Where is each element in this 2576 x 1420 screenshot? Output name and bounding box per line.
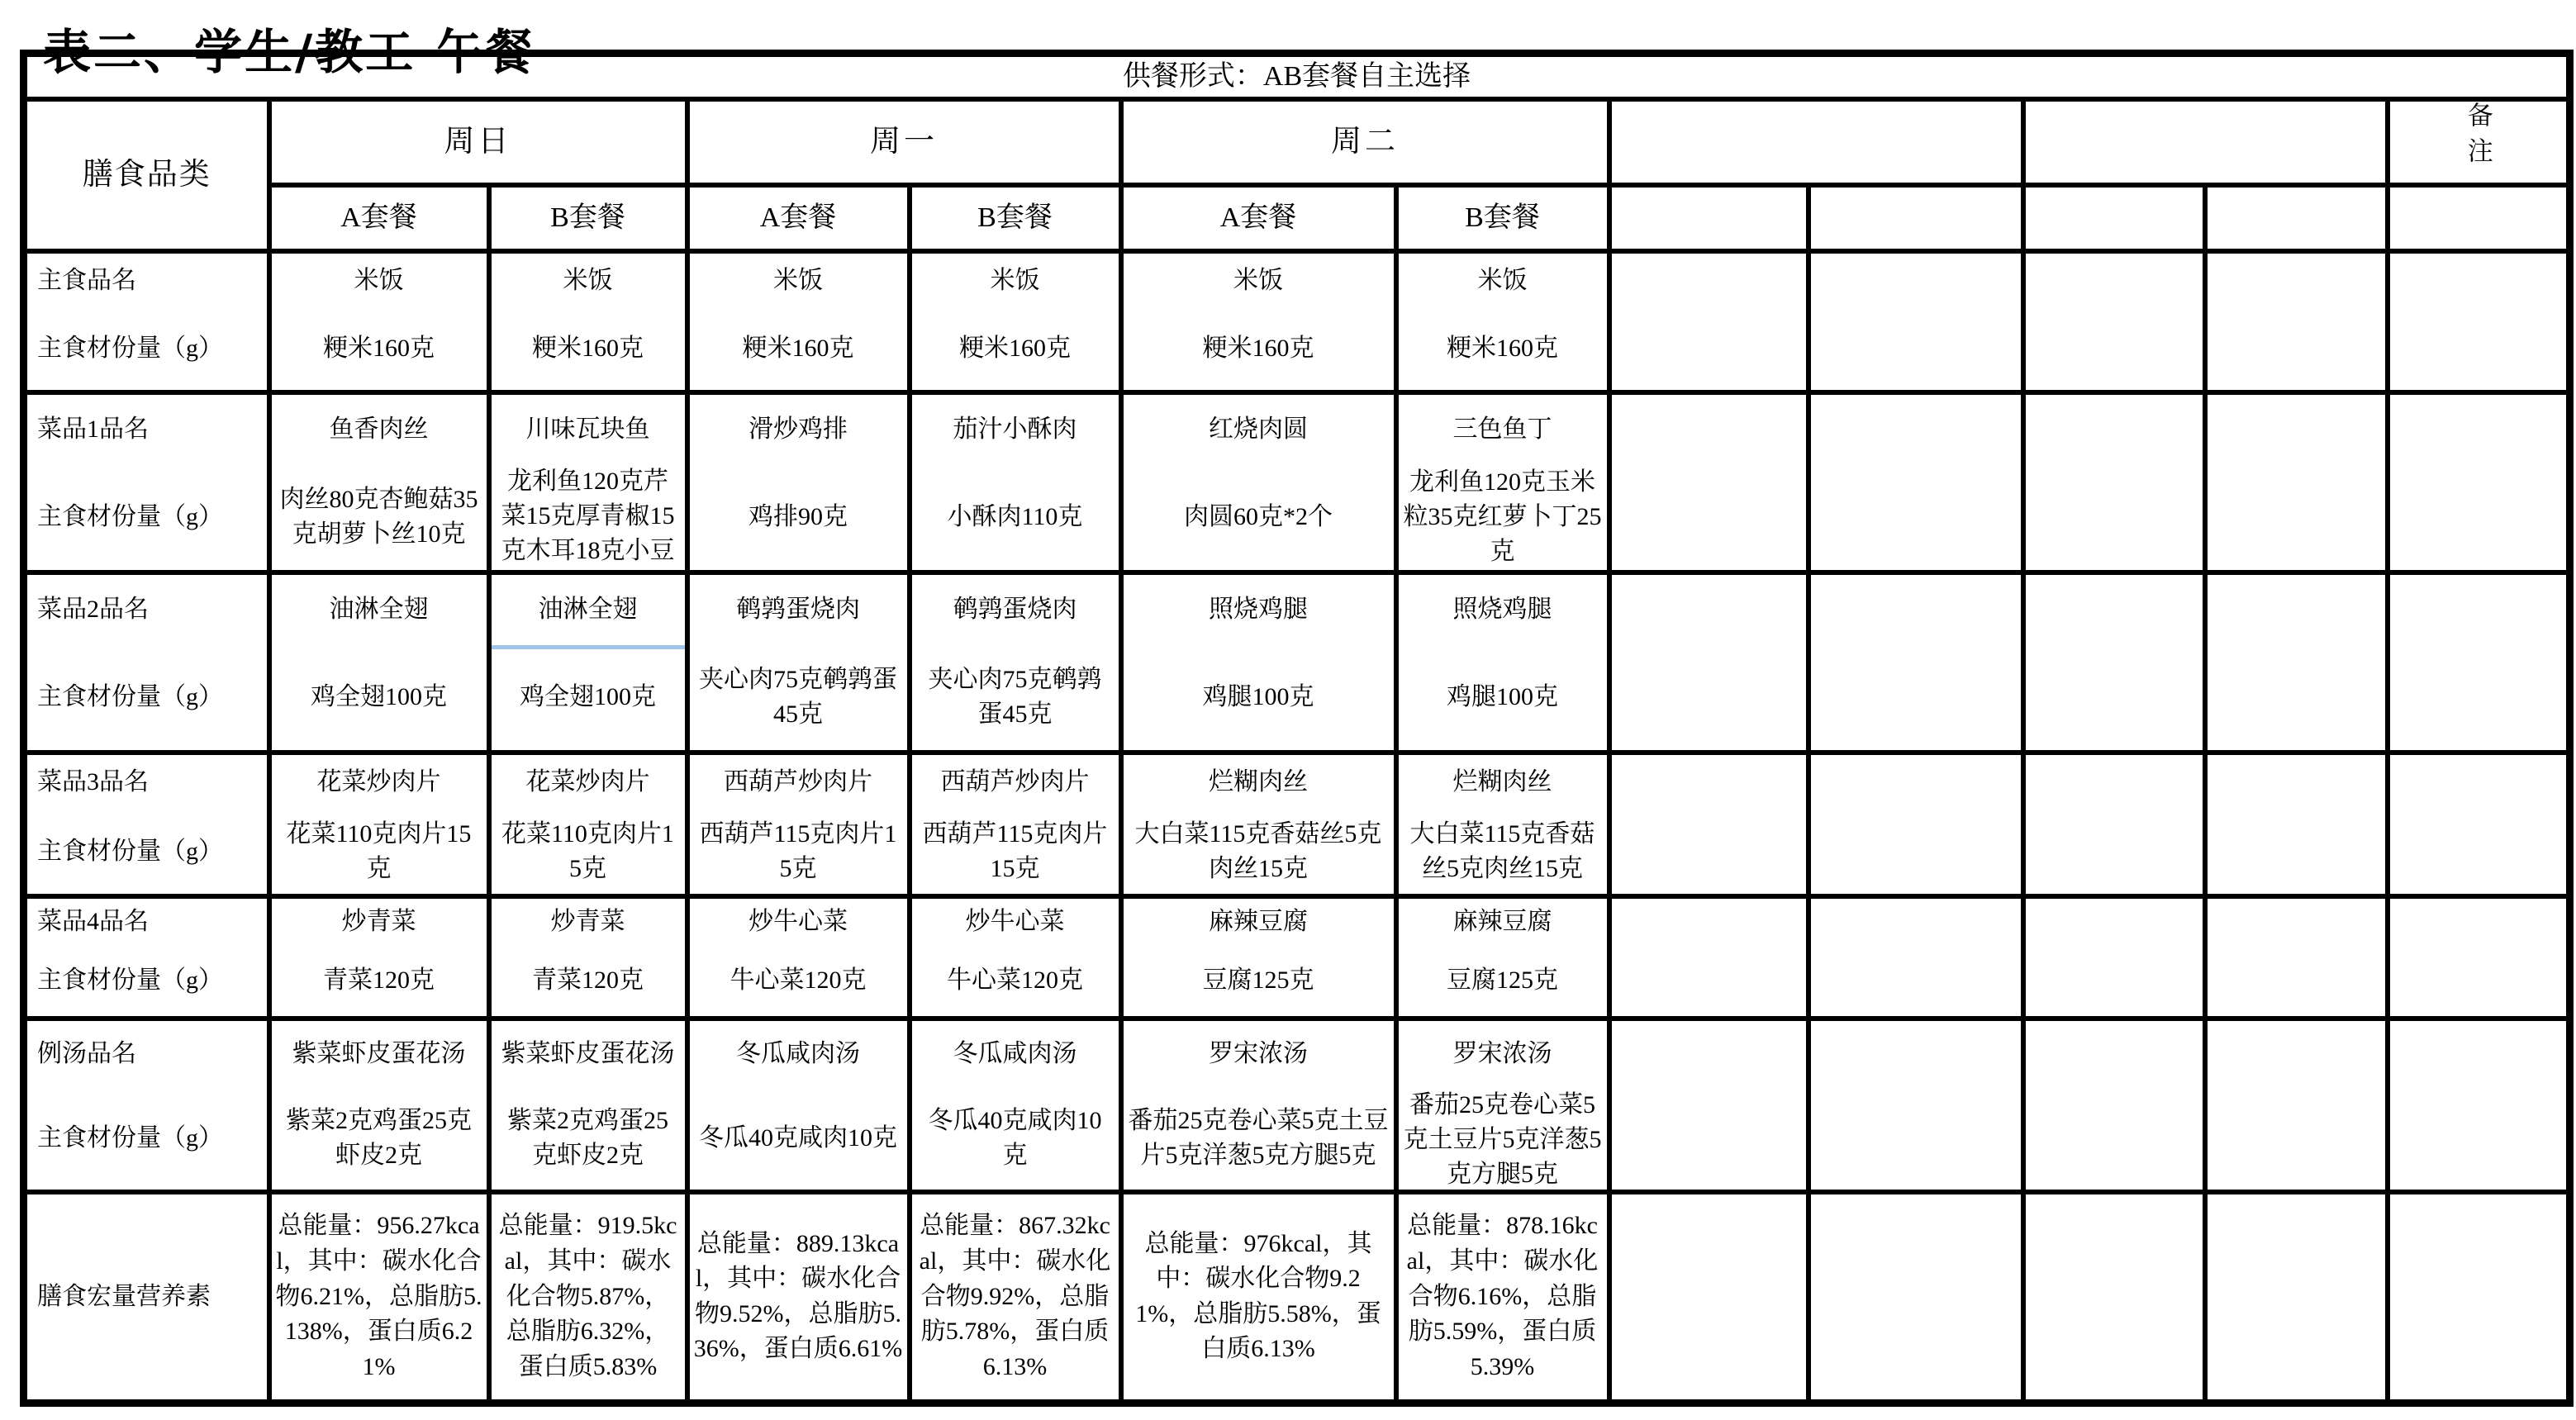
dish-name: 米饭 <box>1399 254 1607 308</box>
empty-cell <box>2023 753 2205 896</box>
dish-name: 烂糊肉丝 <box>1399 755 1607 810</box>
row-label-cell: 主食品名 主食材份量（g） <box>24 251 269 392</box>
menu-cell: 炒青菜 青菜120克 <box>489 896 687 1019</box>
menu-cell: 米饭 粳米160克 <box>489 251 687 392</box>
dish-qty: 冬瓜40克咸肉10克 <box>690 1088 907 1189</box>
menu-cell: 冬瓜咸肉汤 冬瓜40克咸肉10克 <box>910 1019 1121 1192</box>
empty-cell <box>2205 572 2388 753</box>
menu-cell: 西葫芦炒肉片 西葫芦115克肉片15克 <box>910 753 1121 896</box>
dish-qty: 牛心菜120克 <box>690 945 907 1015</box>
nutrition-cell: 总能量：919.5kcal，其中：碳水化合物5.87%，总脂肪6.32%，蛋白质… <box>489 1192 687 1403</box>
row-label-top: 菜品1品名 <box>27 395 267 465</box>
menu-cell: 油淋全翅 鸡全翅100克 <box>489 572 687 753</box>
menu-cell: 茄汁小酥肉 小酥肉110克 <box>910 392 1121 572</box>
dish-name: 米饭 <box>1124 254 1394 308</box>
dish-qty: 龙利鱼120克玉米粒35克红萝卜丁25克 <box>1399 464 1607 569</box>
dish-name: 炒牛心菜 <box>690 899 907 946</box>
empty-cell <box>2388 572 2570 753</box>
dish-name: 鹌鹑蛋烧肉 <box>690 575 907 645</box>
menu-cell: 罗宋浓汤 番茄25克卷心菜5克土豆片5克洋葱5克方腿5克 <box>1396 1019 1609 1192</box>
nutrition-cell: 总能量：867.32kcal，其中：碳水化合物9.92%，总脂肪5.78%，蛋白… <box>910 1192 1121 1403</box>
row-label-bottom: 主食材份量（g） <box>27 464 267 569</box>
dish-name: 紫菜虾皮蛋花汤 <box>492 1021 685 1089</box>
dish-name: 油淋全翅 <box>272 575 487 645</box>
empty-cell <box>1808 185 2023 251</box>
nutrition-text: 总能量：878.16kcal，其中：碳水化合物6.16%，总脂肪5.59%，蛋白… <box>1399 1195 1607 1399</box>
empty-cell <box>2205 753 2388 896</box>
menu-cell: 鹌鹑蛋烧肉 夹心肉75克鹌鹑蛋45克 <box>910 572 1121 753</box>
empty-cell <box>2023 896 2205 1019</box>
menu-cell: 川味瓦块鱼 龙利鱼120克芹菜15克厚青椒15克木耳18克小豆芽15克 <box>489 392 687 572</box>
blue-underline <box>492 645 685 649</box>
row-label-bottom: 主食材份量（g） <box>27 810 267 894</box>
dish-qty: 青菜120克 <box>272 945 487 1015</box>
empty-cell <box>1609 896 1808 1019</box>
menu-cell: 炒青菜 青菜120克 <box>269 896 489 1019</box>
menu-cell: 花菜炒肉片 花菜110克肉片15克 <box>269 753 489 896</box>
row-label-cell: 菜品3品名 主食材份量（g） <box>24 753 269 896</box>
dish-name: 冬瓜咸肉汤 <box>690 1021 907 1089</box>
row-label-cell: 菜品2品名 主食材份量（g） <box>24 572 269 753</box>
dish-qty: 番茄25克卷心菜5克土豆片5克洋葱5克方腿5克 <box>1399 1088 1607 1191</box>
nutrition-text: 总能量：956.27kcal，其中：碳水化合物6.21%，总脂肪5.138%，蛋… <box>272 1195 487 1399</box>
dish-qty: 粳米160克 <box>272 308 487 390</box>
menu-cell: 麻辣豆腐 豆腐125克 <box>1396 896 1609 1019</box>
dish-qty: 鸡腿100克 <box>1399 644 1607 749</box>
lunch-menu-table: 供餐形式：AB套餐自主选择 膳食品类 周日 周一 周二 备注 A套餐 B套餐 A… <box>20 50 2574 1407</box>
row-label-bottom: 主食材份量（g） <box>27 1088 267 1189</box>
dish-qty: 鸡全翅100克 <box>272 644 487 749</box>
dish-name: 烂糊肉丝 <box>1124 755 1394 810</box>
empty-cell <box>2388 185 2570 251</box>
empty-cell <box>2205 251 2388 392</box>
menu-cell: 米饭 粳米160克 <box>1121 251 1396 392</box>
set-b-header: B套餐 <box>910 185 1121 251</box>
empty-cell <box>1609 1192 1808 1403</box>
empty-cell <box>2388 753 2570 896</box>
dish-name: 花菜炒肉片 <box>272 755 487 810</box>
dish-name: 炒牛心菜 <box>912 899 1119 946</box>
dish-name: 紫菜虾皮蛋花汤 <box>272 1021 487 1089</box>
dish-name: 炒青菜 <box>492 899 685 946</box>
menu-cell: 红烧肉圆 肉圆60克*2个 <box>1121 392 1396 572</box>
empty-cell <box>1808 392 2023 572</box>
nutrition-cell: 总能量：956.27kcal，其中：碳水化合物6.21%，总脂肪5.138%，蛋… <box>269 1192 489 1403</box>
row-label-cell: 膳食宏量营养素 <box>24 1192 269 1403</box>
dish-name: 照烧鸡腿 <box>1399 575 1607 645</box>
set-a-header: A套餐 <box>1121 185 1396 251</box>
empty-cell <box>2388 251 2570 392</box>
dish-name: 滑炒鸡排 <box>690 395 907 465</box>
nutrition-cell: 总能量：976kcal，其中：碳水化合物9.21%，总脂肪5.58%，蛋白质6.… <box>1121 1192 1396 1403</box>
nutrition-text: 总能量：867.32kcal，其中：碳水化合物9.92%，总脂肪5.78%，蛋白… <box>912 1195 1119 1399</box>
menu-cell: 三色鱼丁 龙利鱼120克玉米粒35克红萝卜丁25克 <box>1396 392 1609 572</box>
row-label-top: 菜品4品名 <box>27 899 267 946</box>
dish-qty: 夹心肉75克鹌鹑蛋45克 <box>912 644 1119 749</box>
dish-qty: 冬瓜40克咸肉10克 <box>912 1088 1119 1189</box>
dish-qty: 番茄25克卷心菜5克土豆片5克洋葱5克方腿5克 <box>1124 1088 1394 1189</box>
empty-cell <box>2023 185 2205 251</box>
dish-qty: 肉丝80克杏鲍菇35克胡萝卜丝10克 <box>272 464 487 569</box>
row-label-cell: 菜品1品名 主食材份量（g） <box>24 392 269 572</box>
menu-cell: 滑炒鸡排 鸡排90克 <box>687 392 910 572</box>
dish-qty: 豆腐125克 <box>1399 945 1607 1015</box>
dish-name: 鱼香肉丝 <box>272 395 487 465</box>
dish-name: 米饭 <box>690 254 907 308</box>
menu-cell: 鹌鹑蛋烧肉 夹心肉75克鹌鹑蛋45克 <box>687 572 910 753</box>
set-b-header: B套餐 <box>489 185 687 251</box>
menu-cell: 罗宋浓汤 番茄25克卷心菜5克土豆片5克洋葱5克方腿5克 <box>1121 1019 1396 1192</box>
empty-day-header <box>1609 99 2023 185</box>
empty-cell <box>2023 392 2205 572</box>
dish-qty: 青菜120克 <box>492 945 685 1015</box>
dish-qty: 鸡腿100克 <box>1124 644 1394 749</box>
empty-cell <box>2388 392 2570 572</box>
row-label-bottom: 主食材份量（g） <box>27 644 267 749</box>
menu-cell: 麻辣豆腐 豆腐125克 <box>1121 896 1396 1019</box>
dish-qty: 粳米160克 <box>1124 308 1394 390</box>
menu-cell: 米饭 粳米160克 <box>687 251 910 392</box>
menu-cell: 鱼香肉丝 肉丝80克杏鲍菇35克胡萝卜丝10克 <box>269 392 489 572</box>
dish-name: 米饭 <box>272 254 487 308</box>
corner-header: 膳食品类 <box>24 99 269 251</box>
empty-cell <box>1609 572 1808 753</box>
dish-name: 米饭 <box>492 254 685 308</box>
empty-cell <box>2388 896 2570 1019</box>
menu-cell: 西葫芦炒肉片 西葫芦115克肉片15克 <box>687 753 910 896</box>
empty-cell <box>1609 753 1808 896</box>
menu-cell: 照烧鸡腿 鸡腿100克 <box>1396 572 1609 753</box>
nutrition-text: 总能量：976kcal，其中：碳水化合物9.21%，总脂肪5.58%，蛋白质6.… <box>1124 1195 1394 1399</box>
empty-cell <box>1808 572 2023 753</box>
dish-name: 鹌鹑蛋烧肉 <box>912 575 1119 645</box>
menu-cell: 花菜炒肉片 花菜110克肉片15克 <box>489 753 687 896</box>
dish-qty: 花菜110克肉片15克 <box>492 810 685 894</box>
empty-cell <box>2023 572 2205 753</box>
empty-cell <box>2388 1019 2570 1192</box>
menu-cell: 米饭 粳米160克 <box>910 251 1121 392</box>
day-header-monday: 周一 <box>687 99 1121 185</box>
dish-name: 西葫芦炒肉片 <box>912 755 1119 810</box>
dish-name: 西葫芦炒肉片 <box>690 755 907 810</box>
row-label-cell: 菜品4品名 主食材份量（g） <box>24 896 269 1019</box>
dish-name: 冬瓜咸肉汤 <box>912 1021 1119 1089</box>
remark-header: 备注 <box>2388 99 2570 185</box>
dish-qty: 粳米160克 <box>912 308 1119 390</box>
dish-name: 油淋全翅 <box>492 575 685 645</box>
empty-cell <box>1808 1192 2023 1403</box>
nutrition-text: 总能量：889.13kcal，其中：碳水化合物9.52%，总脂肪5.36%，蛋白… <box>690 1195 907 1399</box>
dish-qty: 花菜110克肉片15克 <box>272 810 487 894</box>
menu-cell: 紫菜虾皮蛋花汤 紫菜2克鸡蛋25克虾皮2克 <box>489 1019 687 1192</box>
menu-cell: 照烧鸡腿 鸡腿100克 <box>1121 572 1396 753</box>
empty-cell <box>1808 896 2023 1019</box>
dish-qty: 豆腐125克 <box>1124 945 1394 1015</box>
dish-name: 米饭 <box>912 254 1119 308</box>
dish-qty: 西葫芦115克肉片15克 <box>912 810 1119 894</box>
set-b-header: B套餐 <box>1396 185 1609 251</box>
dish-name: 三色鱼丁 <box>1399 395 1607 465</box>
empty-cell <box>2205 1192 2388 1403</box>
day-header-tuesday: 周二 <box>1121 99 1609 185</box>
set-a-header: A套餐 <box>687 185 910 251</box>
dish-name: 罗宋浓汤 <box>1399 1021 1607 1089</box>
menu-cell: 紫菜虾皮蛋花汤 紫菜2克鸡蛋25克虾皮2克 <box>269 1019 489 1192</box>
empty-cell <box>2205 392 2388 572</box>
empty-cell <box>2388 1192 2570 1403</box>
empty-cell <box>1609 185 1808 251</box>
dish-name: 红烧肉圆 <box>1124 395 1394 465</box>
nutrition-cell: 总能量：889.13kcal，其中：碳水化合物9.52%，总脂肪5.36%，蛋白… <box>687 1192 910 1403</box>
dish-name: 麻辣豆腐 <box>1399 899 1607 946</box>
serving-note: 供餐形式：AB套餐自主选择 <box>24 54 2570 99</box>
dish-qty: 粳米160克 <box>1399 308 1607 390</box>
empty-cell <box>2023 1192 2205 1403</box>
empty-cell <box>1609 392 1808 572</box>
dish-qty: 紫菜2克鸡蛋25克虾皮2克 <box>272 1088 487 1189</box>
dish-qty: 大白菜115克香菇丝5克肉丝15克 <box>1124 810 1394 894</box>
dish-qty: 龙利鱼120克芹菜15克厚青椒15克木耳18克小豆芽15克 <box>492 464 685 572</box>
dish-qty: 紫菜2克鸡蛋25克虾皮2克 <box>492 1088 685 1189</box>
row-label-bottom: 主食材份量（g） <box>27 945 267 1015</box>
dish-name: 川味瓦块鱼 <box>492 395 685 465</box>
day-header-sunday: 周日 <box>269 99 687 185</box>
dish-name: 茄汁小酥肉 <box>912 395 1119 465</box>
dish-name: 照烧鸡腿 <box>1124 575 1394 645</box>
empty-cell <box>1808 251 2023 392</box>
dish-qty: 粳米160克 <box>690 308 907 390</box>
row-label-top: 菜品2品名 <box>27 575 267 645</box>
set-a-header: A套餐 <box>269 185 489 251</box>
menu-cell: 米饭 粳米160克 <box>1396 251 1609 392</box>
menu-cell: 米饭 粳米160克 <box>269 251 489 392</box>
dish-qty: 夹心肉75克鹌鹑蛋45克 <box>690 644 907 749</box>
empty-cell <box>1808 753 2023 896</box>
dish-qty: 鸡排90克 <box>690 464 907 569</box>
nutrition-text: 总能量：919.5kcal，其中：碳水化合物5.87%，总脂肪6.32%，蛋白质… <box>492 1195 685 1399</box>
empty-cell <box>1609 1019 1808 1192</box>
empty-day-header <box>2023 99 2388 185</box>
row-label-top: 例汤品名 <box>27 1021 267 1089</box>
empty-cell <box>2205 1019 2388 1192</box>
dish-name: 花菜炒肉片 <box>492 755 685 810</box>
empty-cell <box>2023 251 2205 392</box>
empty-cell <box>2205 896 2388 1019</box>
remark-header-label: 备注 <box>2465 102 2491 173</box>
menu-cell: 油淋全翅 鸡全翅100克 <box>269 572 489 753</box>
row-label-bottom: 主食材份量（g） <box>27 308 267 390</box>
nutrition-label: 膳食宏量营养素 <box>27 1195 267 1399</box>
dish-qty: 鸡全翅100克 <box>492 644 685 749</box>
dish-name: 炒青菜 <box>272 899 487 946</box>
dish-name: 麻辣豆腐 <box>1124 899 1394 946</box>
menu-cell: 炒牛心菜 牛心菜120克 <box>687 896 910 1019</box>
nutrition-cell: 总能量：878.16kcal，其中：碳水化合物6.16%，总脂肪5.59%，蛋白… <box>1396 1192 1609 1403</box>
dish-qty: 牛心菜120克 <box>912 945 1119 1015</box>
dish-qty: 肉圆60克*2个 <box>1124 464 1394 569</box>
dish-name: 罗宋浓汤 <box>1124 1021 1394 1089</box>
menu-cell: 炒牛心菜 牛心菜120克 <box>910 896 1121 1019</box>
dish-qty: 粳米160克 <box>492 308 685 390</box>
dish-qty: 大白菜115克香菇丝5克肉丝15克 <box>1399 810 1607 894</box>
empty-cell <box>2023 1019 2205 1192</box>
dish-qty: 西葫芦115克肉片15克 <box>690 810 907 894</box>
menu-cell: 烂糊肉丝 大白菜115克香菇丝5克肉丝15克 <box>1121 753 1396 896</box>
empty-cell <box>1609 251 1808 392</box>
empty-cell <box>2205 185 2388 251</box>
row-label-cell: 例汤品名 主食材份量（g） <box>24 1019 269 1192</box>
dish-qty: 小酥肉110克 <box>912 464 1119 569</box>
row-label-top: 主食品名 <box>27 254 267 308</box>
empty-cell <box>1808 1019 2023 1192</box>
menu-cell: 烂糊肉丝 大白菜115克香菇丝5克肉丝15克 <box>1396 753 1609 896</box>
row-label-top: 菜品3品名 <box>27 755 267 810</box>
menu-cell: 冬瓜咸肉汤 冬瓜40克咸肉10克 <box>687 1019 910 1192</box>
